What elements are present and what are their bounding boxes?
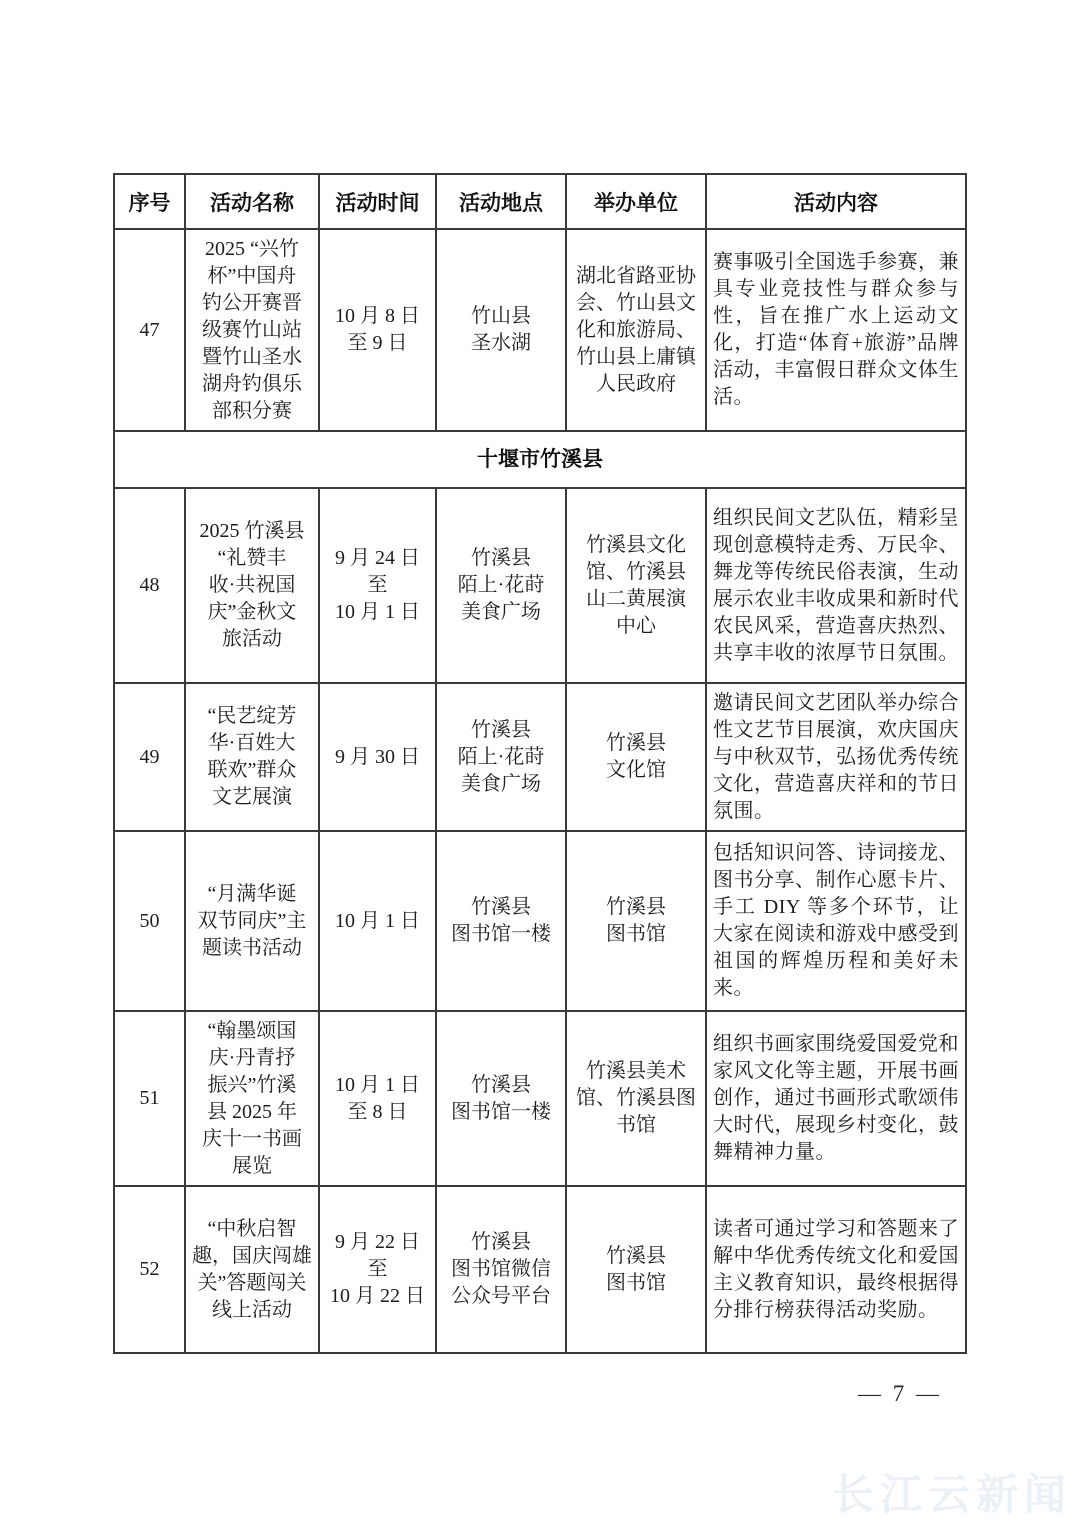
cell-organizer: 竹溪县美术 馆、竹溪县图 书馆 [566,1011,706,1186]
column-header-content: 活动内容 [706,174,966,229]
cell-location: 竹溪县 图书馆一楼 [436,831,566,1011]
cell-content: 组织民间文艺队伍，精彩呈现创意模特走秀、万民伞、舞龙等传统民俗表演，生动展示农业… [706,488,966,683]
cell-content: 组织书画家围绕爱国爱党和家风文化等主题，开展书画创作，通过书画形式歌颂伟大时代，… [706,1011,966,1186]
cell-time: 9 月 24 日至 10 月 1 日 [319,488,436,683]
column-header-name: 活动名称 [185,174,319,229]
header-row: 序号 活动名称 活动时间 活动地点 举办单位 活动内容 [114,174,966,229]
cell-activity-name: 2025 竹溪县 “礼赞丰 收·共祝国 庆”金秋文 旅活动 [185,488,319,683]
cell-time: 9 月 22 日至 10 月 22 日 [319,1186,436,1353]
column-header-time: 活动时间 [319,174,436,229]
cell-content: 读者可通过学习和答题来了解中华优秀传统文化和爱国主义教育知识，最终根据得分排行榜… [706,1186,966,1353]
table-row-50: 50 “月满华诞 双节同庆”主 题读书活动 10 月 1 日 竹溪县 图书馆一楼… [114,831,966,1011]
cell-activity-name: “翰墨颂国 庆·丹青抒 振兴”竹溪 县 2025 年 庆十一书画 展览 [185,1011,319,1186]
cell-location: 竹溪县 陌上·花莳 美食广场 [436,683,566,831]
cell-time: 10 月 8 日 至 9 日 [319,229,436,431]
cell-content: 包括知识问答、诗词接龙、图书分享、制作心愿卡片、手工 DIY 等多个环节，让大家… [706,831,966,1011]
section-header-row: 十堰市竹溪县 [114,431,966,488]
cell-time: 10 月 1 日 [319,831,436,1011]
table-row-47: 47 2025 “兴竹 杯”中国舟 钓公开赛晋 级赛竹山站 暨竹山圣水 湖舟钓俱… [114,229,966,431]
cell-activity-name: 2025 “兴竹 杯”中国舟 钓公开赛晋 级赛竹山站 暨竹山圣水 湖舟钓俱乐 部… [185,229,319,431]
table-row-48: 48 2025 竹溪县 “礼赞丰 收·共祝国 庆”金秋文 旅活动 9 月 24 … [114,488,966,683]
cell-activity-name: “民艺绽芳 华·百姓大 联欢”群众 文艺展演 [185,683,319,831]
cell-location: 竹山县 圣水湖 [436,229,566,431]
cell-content: 邀请民间文艺团队举办综合性文艺节目展演，欢庆国庆与中秋双节，弘扬优秀传统文化，营… [706,683,966,831]
cell-serial: 47 [114,229,185,431]
table-row-49: 49 “民艺绽芳 华·百姓大 联欢”群众 文艺展演 9 月 30 日 竹溪县 陌… [114,683,966,831]
cell-organizer: 竹溪县 文化馆 [566,683,706,831]
cell-activity-name: “月满华诞 双节同庆”主 题读书活动 [185,831,319,1011]
cell-location: 竹溪县 图书馆微信 公众号平台 [436,1186,566,1353]
cell-serial: 49 [114,683,185,831]
table-row-52: 52 “中秋启智 趣，国庆闯雄 关”答题闯关 线上活动 9 月 22 日至 10… [114,1186,966,1353]
cell-location: 竹溪县 陌上·花莳 美食广场 [436,488,566,683]
cell-content: 赛事吸引全国选手参赛，兼具专业竞技性与群众参与性，旨在推广水上运动文化，打造“体… [706,229,966,431]
document-page: 序号 活动名称 活动时间 活动地点 举办单位 活动内容 47 2025 “兴竹 … [0,0,1080,1528]
cell-activity-name: “中秋启智 趣，国庆闯雄 关”答题闯关 线上活动 [185,1186,319,1353]
table-row-51: 51 “翰墨颂国 庆·丹青抒 振兴”竹溪 县 2025 年 庆十一书画 展览 1… [114,1011,966,1186]
cell-organizer: 竹溪县文化 馆、竹溪县 山二黄展演 中心 [566,488,706,683]
column-header-organizer: 举办单位 [566,174,706,229]
cell-location: 竹溪县 图书馆一楼 [436,1011,566,1186]
cell-organizer: 湖北省路亚协 会、竹山县文 化和旅游局、 竹山县上庸镇 人民政府 [566,229,706,431]
cell-serial: 50 [114,831,185,1011]
cell-serial: 52 [114,1186,185,1353]
cell-serial: 48 [114,488,185,683]
cell-time: 10 月 1 日 至 8 日 [319,1011,436,1186]
section-header: 十堰市竹溪县 [114,431,966,488]
cell-organizer: 竹溪县 图书馆 [566,1186,706,1353]
cell-organizer: 竹溪县 图书馆 [566,831,706,1011]
column-header-serial: 序号 [114,174,185,229]
activities-table: 序号 活动名称 活动时间 活动地点 举办单位 活动内容 47 2025 “兴竹 … [113,173,967,1354]
cell-time: 9 月 30 日 [319,683,436,831]
page-number: — 7 — [858,1381,942,1407]
column-header-location: 活动地点 [436,174,566,229]
cell-serial: 51 [114,1011,185,1186]
watermark: 长江云新闻 [832,1462,1072,1522]
